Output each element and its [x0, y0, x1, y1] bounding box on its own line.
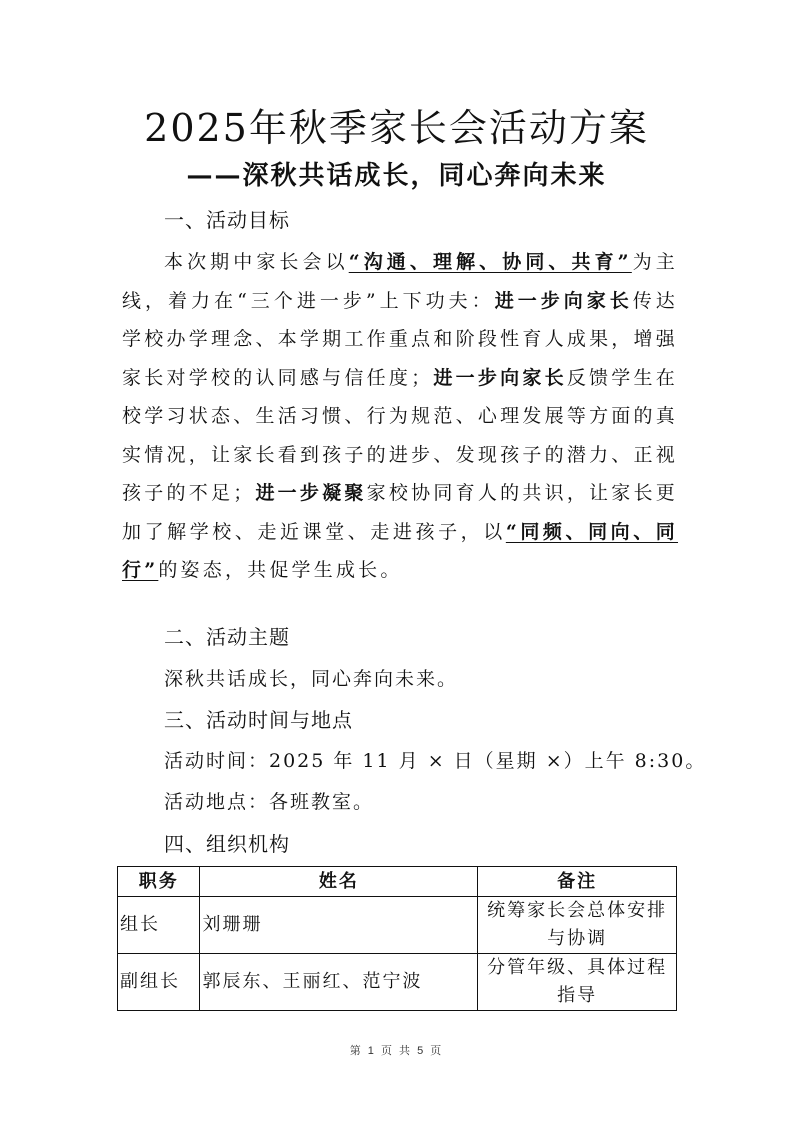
section-heading-theme: 二、活动主题: [164, 622, 290, 652]
activity-time: 活动时间：2025 年 11 月 × 日（星期 ×）上午 8:30。: [164, 746, 706, 776]
cell-notes: 分管年级、具体过程指导: [478, 954, 677, 1011]
page-number-footer: 第 1 页 共 5 页: [0, 1042, 793, 1058]
document-subtitle: ——深秋共话成长，同心奔向未来: [0, 158, 793, 194]
table-row: 组长 刘珊珊 统筹家长会总体安排与协调: [118, 897, 677, 954]
activity-place: 活动地点：各班教室。: [164, 787, 374, 817]
table-header-row: 职务 姓名 备注: [118, 867, 677, 897]
emphasis-run: “沟通、理解、协同、共育”: [349, 251, 632, 273]
document-title: 2025年秋季家长会活动方案: [0, 104, 793, 152]
cell-role: 副组长: [118, 954, 200, 1011]
text-run: 本次期中家长会以: [164, 251, 349, 273]
cell-notes: 统筹家长会总体安排与协调: [478, 897, 677, 954]
goals-paragraph: 本次期中家长会以“沟通、理解、协同、共育”为主线，着力在“三个进一步”上下功夫：…: [122, 243, 678, 590]
cell-name: 刘珊珊: [200, 897, 478, 954]
header-notes: 备注: [478, 867, 677, 897]
emphasis-run: 进一步凝聚: [255, 482, 366, 504]
cell-role: 组长: [118, 897, 200, 954]
section-heading-organization: 四、组织机构: [164, 829, 290, 859]
header-name: 姓名: [200, 867, 478, 897]
section-heading-time-place: 三、活动时间与地点: [164, 705, 353, 735]
cell-name: 郭辰东、王丽红、范宁波: [200, 954, 478, 1011]
emphasis-run: 进一步向家长: [433, 367, 566, 389]
theme-text: 深秋共话成长，同心奔向未来。: [164, 664, 458, 694]
header-role: 职务: [118, 867, 200, 897]
table-row: 副组长 郭辰东、王丽红、范宁波 分管年级、具体过程指导: [118, 954, 677, 1011]
organization-table: 职务 姓名 备注 组长 刘珊珊 统筹家长会总体安排与协调 副组长 郭辰东、王丽红…: [117, 866, 677, 1011]
emphasis-run: 进一步向家长: [495, 290, 633, 312]
document-page: 2025年秋季家长会活动方案 ——深秋共话成长，同心奔向未来 一、活动目标 本次…: [0, 0, 793, 1122]
section-heading-goals: 一、活动目标: [164, 205, 290, 235]
text-run: 的姿态，共促学生成长。: [158, 559, 402, 581]
